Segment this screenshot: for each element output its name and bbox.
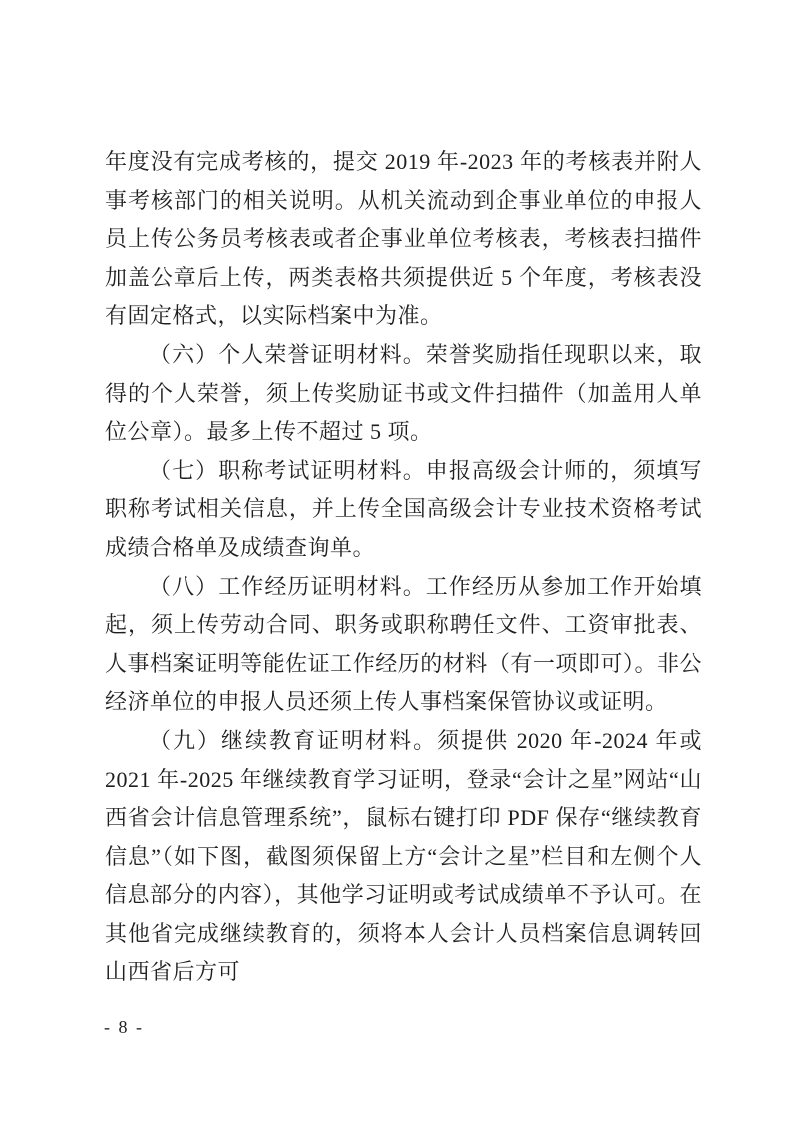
paragraph-item-9: （九）继续教育证明材料。须提供 2020 年-2024 年或 2021 年-20…: [105, 722, 702, 992]
paragraph-heading: （九）继续教育证明材料。: [149, 728, 437, 753]
paragraph-text: 年度没有完成考核的，提交 2019 年-2023 年的考核表并附人事考核部门的相…: [105, 149, 702, 328]
paragraph-item-8: （八）工作经历证明材料。工作经历从参加工作开始填起，须上传劳动合同、职务或职称聘…: [105, 568, 702, 722]
paragraph-item-6: （六）个人荣誉证明材料。荣誉奖励指任现职以来，取得的个人荣誉，须上传奖励证书或文…: [105, 336, 702, 452]
paragraph-text: 须提供 2020 年-2024 年或 2021 年-2025 年继续教育学习证明…: [105, 728, 702, 985]
page-number: - 8 -: [104, 1016, 144, 1038]
paragraph-heading: （七）职称考试证明材料。: [149, 458, 426, 483]
paragraph-item-7: （七）职称考试证明材料。申报高级会计师的，须填写职称考试相关信息，并上传全国高级…: [105, 452, 702, 568]
document-page: 年度没有完成考核的，提交 2019 年-2023 年的考核表并附人事考核部门的相…: [0, 0, 793, 1122]
paragraph-heading: （六）个人荣誉证明材料。: [149, 342, 426, 367]
paragraph-heading: （八）工作经历证明材料。: [149, 574, 426, 599]
document-body: 年度没有完成考核的，提交 2019 年-2023 年的考核表并附人事考核部门的相…: [105, 143, 702, 992]
paragraph-continued: 年度没有完成考核的，提交 2019 年-2023 年的考核表并附人事考核部门的相…: [105, 143, 702, 336]
